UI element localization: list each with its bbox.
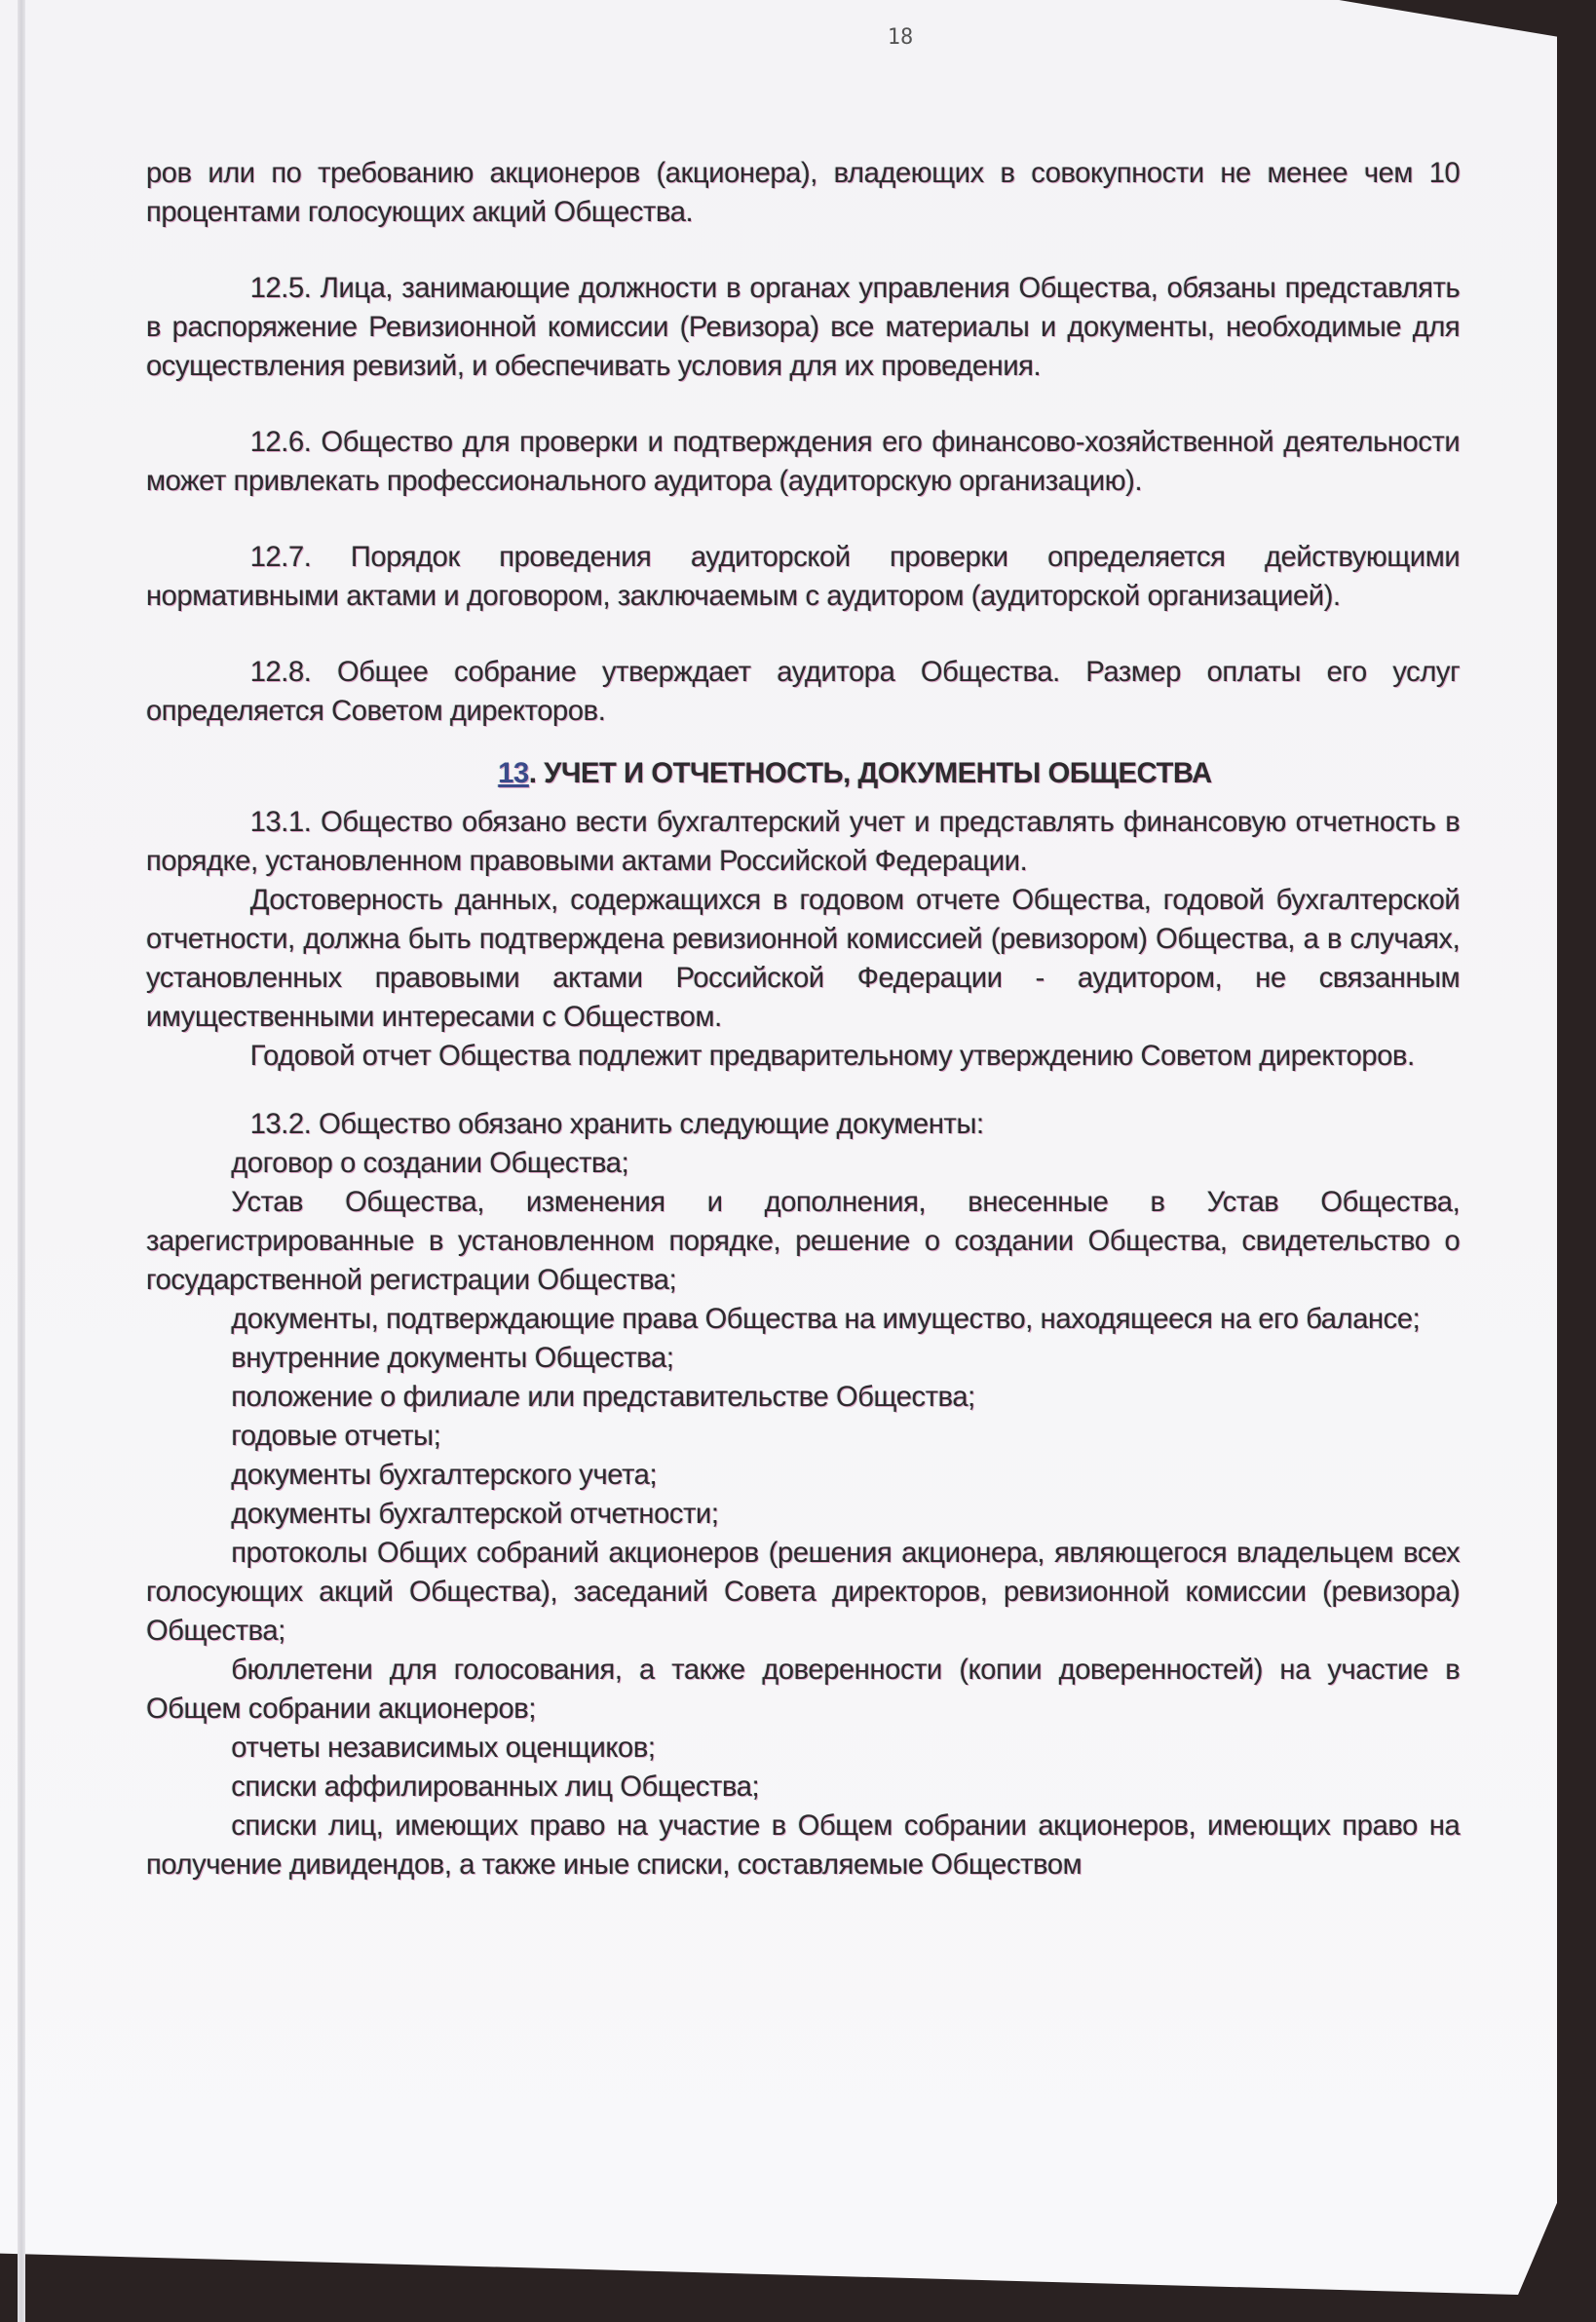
document-list-item: списки лиц, имеющих право на участие в О…	[146, 1807, 1460, 1884]
document-list-item: положение о филиале или представительств…	[146, 1378, 1460, 1417]
document-list-item: годовые отчеты;	[146, 1417, 1460, 1456]
clause-13-1: 13.1. Общество обязано вести бухгалтерск…	[146, 803, 1460, 881]
document-list-item: протоколы Общих собраний акционеров (реш…	[146, 1534, 1460, 1651]
document-body: ров или по требованию акционеров (акцион…	[146, 154, 1460, 1884]
page-number: 18	[0, 25, 1596, 50]
document-list-item: списки аффилированных лиц Общества;	[146, 1768, 1460, 1807]
document-list-item: договор о создании Общества;	[146, 1144, 1460, 1183]
document-list-item: Устав Общества, изменения и дополнения, …	[146, 1183, 1460, 1300]
clause-13-1-reliability: Достоверность данных, содержащихся в год…	[146, 881, 1460, 1037]
section-13-heading: 13. УЧЕТ И ОТЧЕТНОСТЬ, ДОКУМЕНТЫ ОБЩЕСТВ…	[250, 754, 1461, 793]
binding-edge	[18, 0, 25, 2322]
document-list-item: внутренние документы Общества;	[146, 1339, 1460, 1378]
clause-13-2: 13.2. Общество обязано хранить следующие…	[146, 1105, 1460, 1144]
section-title: . УЧЕТ И ОТЧЕТНОСТЬ, ДОКУМЕНТЫ ОБЩЕСТВА	[529, 757, 1212, 789]
document-list-item: документы, подтверждающие права Общества…	[146, 1300, 1460, 1339]
clause-12-8: 12.8. Общее собрание утверждает аудитора…	[146, 653, 1460, 731]
document-list-item: бюллетени для голосования, а также довер…	[146, 1651, 1460, 1729]
clause-12-7: 12.7. Порядок проведения аудиторской про…	[146, 538, 1460, 616]
document-list-item: документы бухгалтерской отчетности;	[146, 1495, 1460, 1534]
clause-12-6: 12.6. Общество для проверки и подтвержде…	[146, 423, 1460, 501]
intro-paragraph: ров или по требованию акционеров (акцион…	[146, 154, 1460, 232]
clause-12-5: 12.5. Лица, занимающие должности в орган…	[146, 269, 1460, 386]
document-list-item: документы бухгалтерского учета;	[146, 1456, 1460, 1495]
document-list-item: отчеты независимых оценщиков;	[146, 1729, 1460, 1768]
clause-13-1-annual-report: Годовой отчет Общества подлежит предвари…	[146, 1037, 1460, 1076]
section-number-link[interactable]: 13	[498, 757, 529, 789]
